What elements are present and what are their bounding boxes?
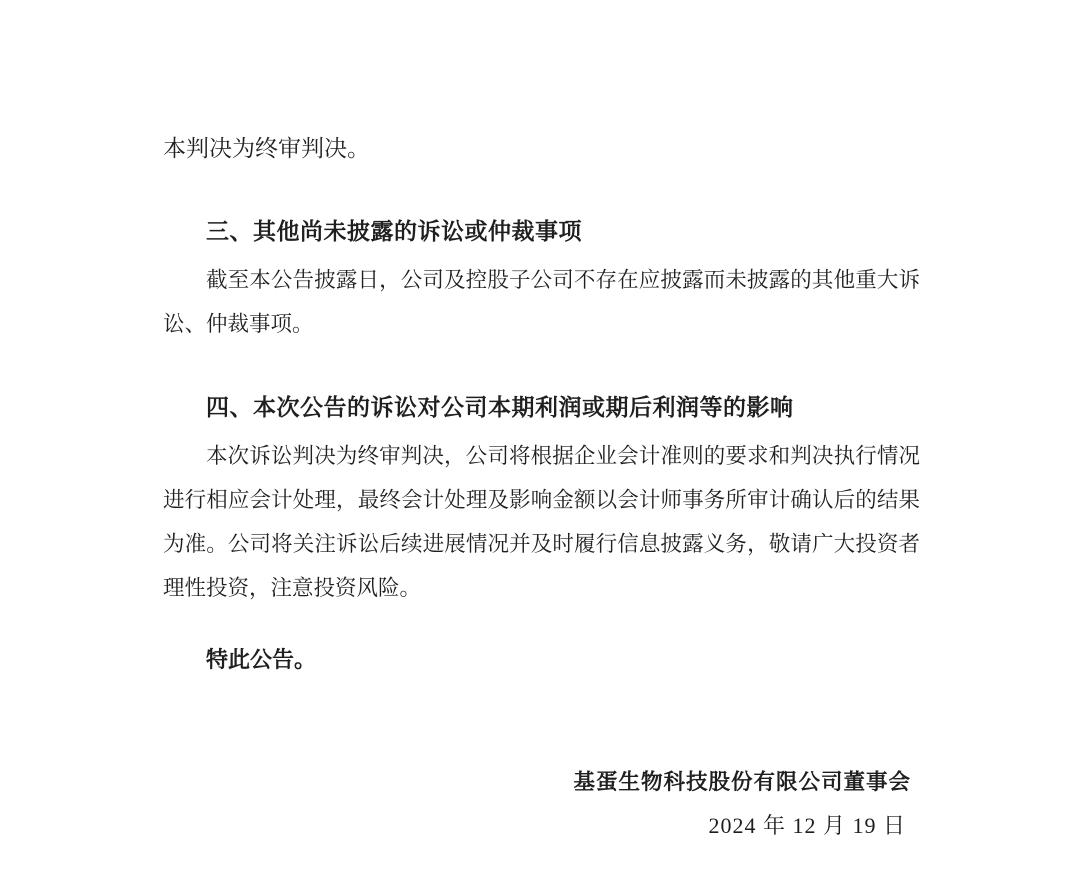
- date-line: 2024 年 12 月 19 日: [163, 804, 920, 848]
- announcement-page: 本判决为终审判决。 三、其他尚未披露的诉讼或仲裁事项 截至本公告披露日，公司及控…: [0, 0, 1080, 895]
- section-3-heading: 三、其他尚未披露的诉讼或仲裁事项: [163, 209, 920, 253]
- section-4-paragraph: 本次诉讼判决为终审判决，公司将根据企业会计准则的要求和判决执行情况进行相应会计处…: [163, 434, 920, 610]
- notice-line: 特此公告。: [163, 638, 920, 682]
- section-3-paragraph: 截至本公告披露日，公司及控股子公司不存在应披露而未披露的其他重大诉讼、仲裁事项。: [163, 258, 920, 346]
- signature-block: 基蛋生物科技股份有限公司董事会 2024 年 12 月 19 日: [163, 760, 920, 848]
- signature-line: 基蛋生物科技股份有限公司董事会: [163, 760, 920, 804]
- prior-paragraph-end: 本判决为终审判决。: [163, 127, 920, 171]
- section-4-heading: 四、本次公告的诉讼对公司本期利润或期后利润等的影响: [163, 385, 920, 429]
